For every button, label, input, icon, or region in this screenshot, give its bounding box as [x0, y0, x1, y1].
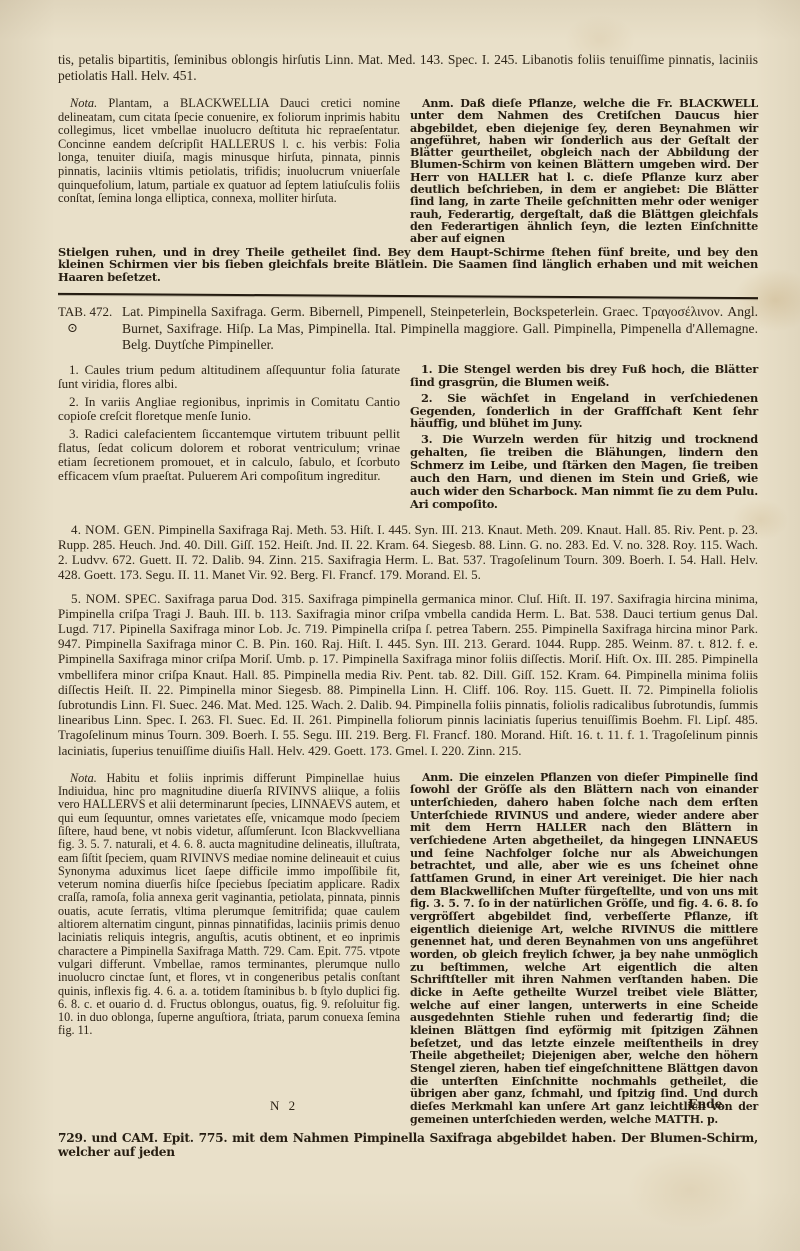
item-number: 3. — [69, 426, 79, 441]
tab-number-label: TAB. 472. — [58, 304, 112, 319]
description-items-section: 1. Caules trium pedum altitudinem aſſequ… — [58, 363, 758, 514]
top-nota-german-column: Anm. Daß dieſe Pflanze, welche die Fr. B… — [410, 97, 758, 245]
nota-german-overflow: Stielgen ruhen, und in drey Theile gethe… — [58, 246, 758, 285]
item-text: Die Stengel werden bis drey Fuß hoch, di… — [410, 362, 758, 389]
nota-label-latin: Nota. — [70, 96, 97, 110]
item-text: Die Wurzeln werden für hitzig und trockn… — [410, 432, 758, 511]
german-item-2: 2. Sie wächſet in Engeland in verſchiede… — [410, 392, 758, 431]
tab-heading: TAB. 472. ⊙ Lat. Pimpinella Saxifraga. G… — [58, 304, 758, 354]
nom-spec-paragraph: 5. NOM. SPEC. Saxifraga parua Dod. 315. … — [58, 591, 758, 758]
nota-german-paragraph: Anm. Daß dieſe Pflanze, welche die Fr. B… — [410, 97, 758, 245]
nom-spec-label: 5. NOM. SPEC. — [71, 591, 161, 606]
latin-item-2: 2. In variis Angliae regionibus, inprimi… — [58, 395, 400, 423]
bottom-nota-german-text: Die einzelen Pflanzen von dieſer Pimpine… — [410, 771, 758, 1126]
items-latin-column: 1. Caules trium pedum altitudinem aſſequ… — [58, 363, 400, 514]
nom-gen-label: 4. NOM. GEN. — [71, 522, 155, 537]
tab-heading-text: Lat. Pimpinella Saxifraga. Germ. Biberne… — [122, 304, 758, 354]
item-text: Sie wächſet in Engeland in verſchiedenen… — [410, 391, 758, 431]
item-number: 1. — [69, 362, 79, 377]
latin-item-3: 3. Radici calefacientem ſiccantemque vir… — [58, 427, 400, 483]
german-item-1: 1. Die Stengel werden bis drey Fuß hoch,… — [410, 363, 758, 389]
item-text: Radici calefacientem ſiccantemque virtut… — [58, 426, 400, 483]
tab-heading-margin: TAB. 472. ⊙ — [58, 304, 122, 354]
item-number: 2. — [421, 391, 432, 405]
nota-label-latin: Nota. — [70, 771, 97, 785]
bottom-nota-german-paragraph: Anm. Die einzelen Pflanzen von dieſer Pi… — [410, 772, 758, 1126]
item-number: 3. — [421, 432, 432, 446]
book-page: tis, petalis bipartitis, ſeminibus oblon… — [0, 0, 800, 1251]
latin-item-1: 1. Caules trium pedum altitudinem aſſequ… — [58, 363, 400, 391]
items-german-column: 1. Die Stengel werden bis drey Fuß hoch,… — [410, 363, 758, 514]
annual-plant-symbol: ⊙ — [58, 321, 122, 338]
nota-latin-text: Plantam, a BLACKWELLIA Dauci cretici nom… — [58, 96, 400, 205]
gathering-signature: N 2 — [270, 1098, 298, 1114]
section-divider-rule — [58, 293, 758, 299]
item-text: In variis Angliae regionibus, inprimis i… — [58, 394, 400, 423]
nom-gen-paragraph: 4. NOM. GEN. Pimpinella Saxifraga Raj. M… — [58, 522, 758, 583]
item-text: Caules trium pedum altitudinem aſſequunt… — [58, 362, 400, 391]
nota-label-german: Anm. — [422, 771, 453, 784]
bottom-nota-german-column: Anm. Die einzelen Pflanzen von dieſer Pi… — [410, 772, 758, 1126]
nom-gen-text: Pimpinella Saxifraga Raj. Meth. 53. Hiſt… — [58, 522, 758, 583]
top-nota-section: Nota. Plantam, a BLACKWELLIA Dauci creti… — [58, 97, 758, 245]
item-number: 2. — [69, 394, 79, 409]
bottom-nota-latin-column: Nota. Habitu et foliis inprimis differun… — [58, 772, 400, 1126]
nom-spec-text: Saxifraga parua Dod. 315. Saxifraga pimp… — [58, 591, 758, 758]
item-number: 1. — [421, 362, 432, 376]
nota-german-text: Daß dieſe Pflanze, welche die Fr. BLACKW… — [410, 96, 758, 245]
bottom-nota-section: Nota. Habitu et foliis inprimis differun… — [58, 772, 758, 1126]
german-item-3: 3. Die Wurzeln werden für hitzig und tro… — [410, 433, 758, 510]
bottom-nota-latin-paragraph: Nota. Habitu et foliis inprimis differun… — [58, 772, 400, 1038]
footer-continuation-line: 729. und CAM. Epit. 775. mit dem Nahmen … — [58, 1131, 758, 1159]
nota-latin-paragraph: Nota. Plantam, a BLACKWELLIA Dauci creti… — [58, 97, 400, 206]
top-nota-latin-column: Nota. Plantam, a BLACKWELLIA Dauci creti… — [58, 97, 400, 245]
catchword: Ende — [688, 1096, 722, 1111]
bottom-nota-latin-text: Habitu et foliis inprimis differunt Pimp… — [58, 771, 400, 1038]
header-paragraph: tis, petalis bipartitis, ſeminibus oblon… — [58, 52, 758, 84]
